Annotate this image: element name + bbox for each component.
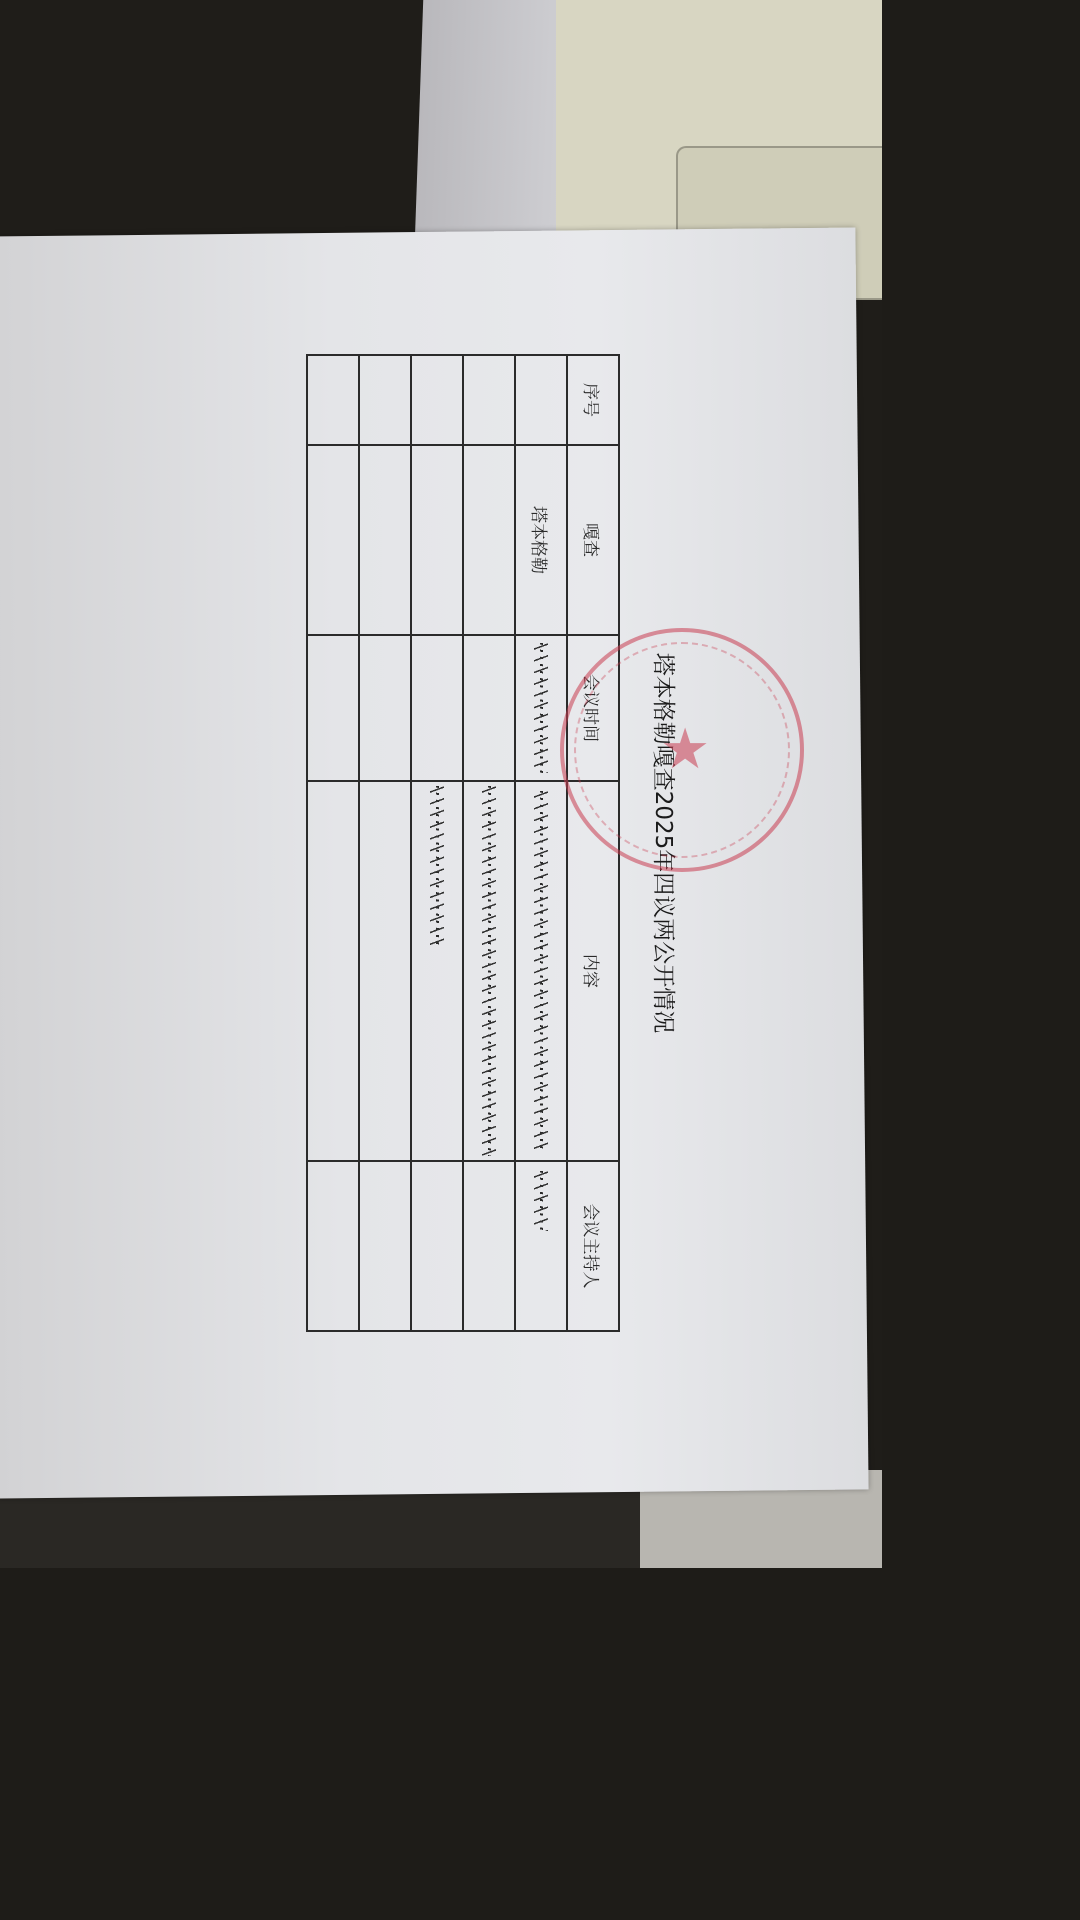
cell-village: 塔本格勒 [515, 445, 567, 635]
table-row [359, 355, 411, 1331]
header-index: 序号 [567, 355, 619, 445]
cell-meeting-time [411, 635, 463, 781]
cell-village [359, 445, 411, 635]
handwriting [428, 786, 446, 946]
cell-content [463, 781, 515, 1161]
table-row [463, 355, 515, 1331]
cell-host [463, 1161, 515, 1331]
header-host: 会议主持人 [567, 1161, 619, 1331]
cell-content [515, 781, 567, 1161]
table-row: 塔本格勒 [515, 355, 567, 1331]
cell-village [307, 445, 359, 635]
table-row [307, 355, 359, 1331]
table-row [411, 355, 463, 1331]
handwriting [480, 786, 498, 1156]
cell-village [411, 445, 463, 635]
handwriting [532, 643, 550, 773]
star-icon: ★ [660, 722, 710, 778]
cell-meeting-time [359, 635, 411, 781]
handwriting [532, 791, 550, 1151]
cell-index [463, 355, 515, 445]
cell-host [307, 1161, 359, 1331]
cell-meeting-time [463, 635, 515, 781]
cell-content [359, 781, 411, 1161]
cell-meeting-time [307, 635, 359, 781]
cell-index [515, 355, 567, 445]
cell-content [307, 781, 359, 1161]
cell-content [411, 781, 463, 1161]
cell-index [359, 355, 411, 445]
cell-host [515, 1161, 567, 1331]
header-village: 嘎查 [567, 445, 619, 635]
official-seal: ★ [560, 628, 804, 872]
cell-host [411, 1161, 463, 1331]
handwriting [532, 1171, 550, 1231]
cell-village [463, 445, 515, 635]
cell-host [359, 1161, 411, 1331]
cell-meeting-time [515, 635, 567, 781]
cell-index [307, 355, 359, 445]
cell-index [411, 355, 463, 445]
